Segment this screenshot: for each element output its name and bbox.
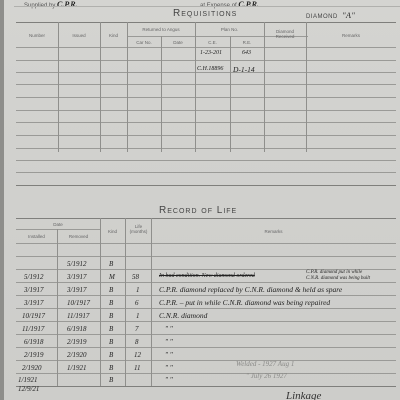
life: 1 (136, 312, 140, 320)
life: 6 (135, 299, 139, 307)
installed: 1/1921 (18, 376, 37, 384)
kind: B (109, 299, 113, 307)
col-car-no: Car No. (127, 40, 161, 45)
life: 7 (135, 325, 139, 333)
req-row-2-re: D-1-14 (233, 65, 255, 74)
installed: 3/1917 (24, 286, 43, 294)
kind: B (109, 351, 113, 359)
supplied-by: Supplied by C.P.R. (24, 0, 78, 9)
removed: 5/1912 (67, 260, 86, 268)
kind: B (109, 286, 113, 294)
requisitions-title: Requisitions (173, 8, 237, 19)
req-row-1-re: 643 (242, 50, 251, 56)
expense-value: C.P.R. (238, 0, 259, 9)
life: 58 (132, 273, 139, 281)
col-installed: Installed (16, 234, 57, 239)
col-returned-group: Returned to Angus (127, 27, 195, 32)
life: 12 (134, 351, 141, 359)
col-kind: Kind (100, 33, 127, 38)
remarks: C.P.R. – put in while C.N.R. diamond was… (159, 298, 330, 307)
life: 8 (135, 338, 139, 346)
installed: 5/1912 (24, 273, 43, 281)
kind: B (109, 260, 113, 268)
kind: B (109, 364, 113, 372)
installed: 3/1917 (24, 299, 43, 307)
remarks-note-2: C.N.R. diamond was being built (306, 276, 370, 281)
supplied-by-value: C.P.R. (57, 0, 78, 9)
remarks: " " (165, 376, 173, 384)
remarks-note-1: C.P.R. diamond put in while (306, 270, 362, 275)
col-date-group: Date (16, 222, 100, 227)
installed: 11/1917 (22, 325, 44, 333)
col-life: Life (months) (126, 224, 151, 234)
col-kind-rol: Kind (100, 229, 125, 234)
removed: 3/1917 (67, 286, 86, 294)
diamond-label-text: DIAMOND (306, 14, 338, 20)
kind: M (109, 273, 115, 281)
removed: 1/1921 (67, 364, 86, 372)
col-remarks-rol: Remarks (151, 229, 396, 234)
remarks: " " (165, 338, 173, 346)
col-date: Date (161, 40, 195, 45)
record-card: Supplied by C.P.R. at Expense of C.P.R. … (4, 0, 400, 400)
remarks: C.N.R. diamond (159, 311, 207, 320)
col-ce: C.E. (195, 40, 230, 45)
removed: 2/1920 (67, 351, 86, 359)
removed: 11/1917 (67, 312, 89, 320)
remarks: " " (165, 364, 173, 372)
removed: 6/1918 (67, 325, 86, 333)
installed: 10/1917 (22, 312, 45, 320)
remarks: " " (165, 351, 173, 359)
installed: 12/9/21 (18, 385, 39, 393)
life: 1 (136, 286, 140, 294)
installed: 2/1920 (22, 364, 41, 372)
diamond-value: "A" (342, 11, 355, 20)
pencil-note-welded: Welded - 1927 Aug 1 (236, 360, 294, 368)
col-removed: Removed (57, 234, 100, 239)
record-of-life-title: Record of Life (159, 205, 237, 216)
installed: 2/1919 (24, 351, 43, 359)
col-plan-group: Plan No. (195, 27, 264, 32)
kind: B (109, 338, 113, 346)
kind: B (109, 376, 113, 384)
col-remarks: Remarks (306, 33, 396, 38)
removed: 3/1917 (67, 273, 86, 281)
installed: 6/1918 (24, 338, 43, 346)
kind: B (109, 325, 113, 333)
remarks: " " (165, 325, 173, 333)
signature: Linkage (286, 390, 321, 400)
removed: 10/1917 (67, 299, 90, 307)
kind: B (109, 312, 113, 320)
removed: 2/1919 (67, 338, 86, 346)
diamond-label: DIAMOND "A" (306, 11, 355, 20)
col-diamond-received: Diamond Received (266, 29, 304, 39)
req-row-2-ce: C.H.18896 (197, 66, 223, 72)
remarks-struck: In bad condition. New diamond ordered (159, 273, 255, 279)
life: 11 (134, 364, 140, 372)
remarks: C.P.R. diamond replaced by C.N.R. diamon… (159, 285, 342, 294)
col-number: Number (16, 33, 58, 38)
pencil-note-july: " July 26 1927 (246, 372, 287, 380)
col-re: R.E. (230, 40, 264, 45)
col-issued: Issued (58, 33, 100, 38)
req-row-1-ce: 1-23-201 (200, 50, 222, 56)
